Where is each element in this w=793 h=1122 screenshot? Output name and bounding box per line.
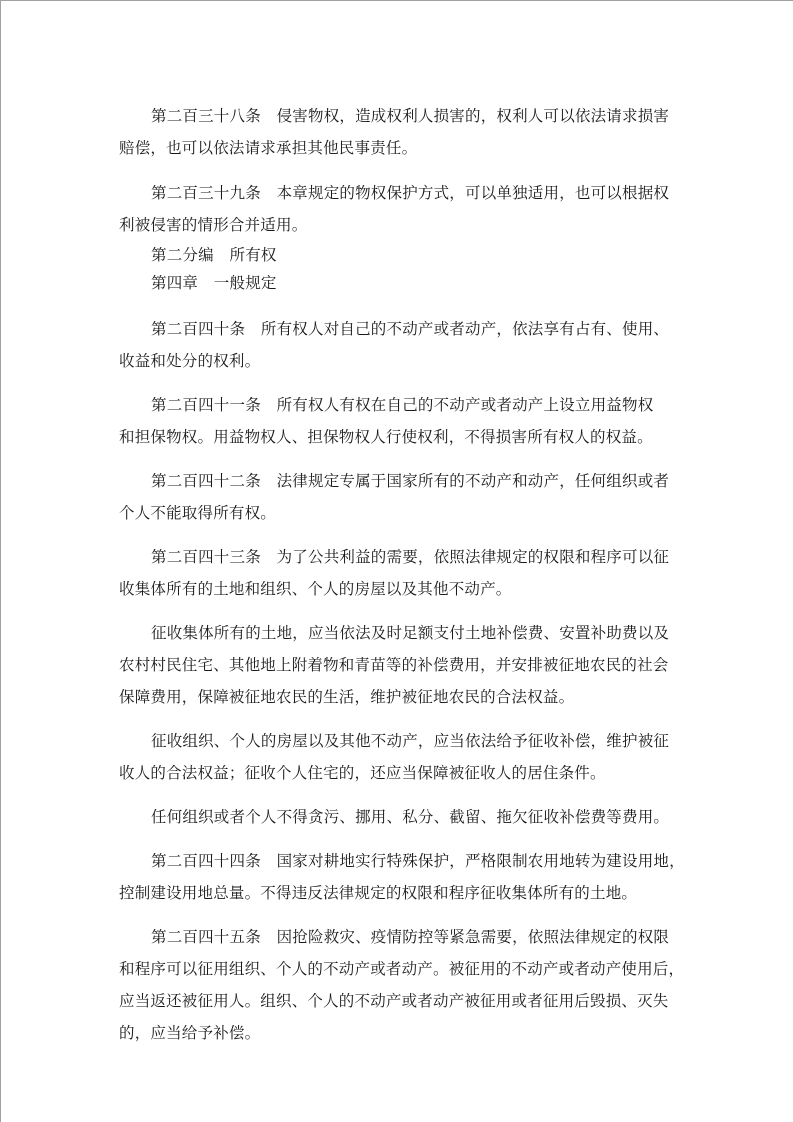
article-238-line-1: 第二百三十八条 侵害物权，造成权利人损害的，权利人可以依法请求损害 xyxy=(151,106,711,126)
article-245-line-2: 和程序可以征用组织、个人的不动产或者动产。被征用的不动产或者动产使用后， xyxy=(119,959,679,979)
article-240-line-2: 收益和处分的权利。 xyxy=(119,351,679,371)
part-heading: 第二分编 所有权 xyxy=(151,245,711,265)
article-243-line-2: 收集体所有的土地和组织、个人的房屋以及其他不动产。 xyxy=(119,579,679,599)
article-239-line-2: 利被侵害的情形合并适用。 xyxy=(119,215,679,235)
article-238-line-2: 赔偿，也可以依法请求承担其他民事责任。 xyxy=(119,138,679,158)
article-245-line-4: 的，应当给予补偿。 xyxy=(119,1023,679,1043)
paragraph-house-line-2: 收人的合法权益；征收个人住宅的，还应当保障被征收人的居住条件。 xyxy=(119,763,679,783)
document-page: 第二百三十八条 侵害物权，造成权利人损害的，权利人可以依法请求损害 赔偿，也可以… xyxy=(0,0,793,1122)
article-245-line-1: 第二百四十五条 因抢险救灾、疫情防控等紧急需要，依照法律规定的权限 xyxy=(151,927,711,947)
paragraph-land-line-1: 征收集体所有的土地，应当依法及时足额支付土地补偿费、安置补助费以及 xyxy=(151,623,711,643)
article-240-line-1: 第二百四十条 所有权人对自己的不动产或者动产，依法享有占有、使用、 xyxy=(151,319,711,339)
paragraph-fees-line-1: 任何组织或者个人不得贪污、挪用、私分、截留、拖欠征收补偿费等费用。 xyxy=(151,807,711,827)
article-239-line-1: 第二百三十九条 本章规定的物权保护方式，可以单独适用，也可以根据权 xyxy=(151,183,711,203)
paragraph-house-line-1: 征收组织、个人的房屋以及其他不动产，应当依法给予征收补偿，维护被征 xyxy=(151,731,711,751)
article-241-line-2: 和担保物权。用益物权人、担保物权人行使权利，不得损害所有权人的权益。 xyxy=(119,427,679,447)
article-244-line-1: 第二百四十四条 国家对耕地实行特殊保护，严格限制农用地转为建设用地， xyxy=(151,851,711,871)
article-244-line-2: 控制建设用地总量。不得违反法律规定的权限和程序征收集体所有的土地。 xyxy=(119,883,679,903)
article-241-line-1: 第二百四十一条 所有权人有权在自己的不动产或者动产上设立用益物权 xyxy=(151,395,711,415)
paragraph-land-line-2: 农村村民住宅、其他地上附着物和青苗等的补偿费用，并安排被征地农民的社会 xyxy=(119,655,679,675)
article-242-line-2: 个人不能取得所有权。 xyxy=(119,503,679,523)
paragraph-land-line-3: 保障费用，保障被征地农民的生活，维护被征地农民的合法权益。 xyxy=(119,687,679,707)
article-245-line-3: 应当返还被征用人。组织、个人的不动产或者动产被征用或者征用后毁损、灭失 xyxy=(119,991,679,1011)
article-243-line-1: 第二百四十三条 为了公共利益的需要，依照法律规定的权限和程序可以征 xyxy=(151,547,711,567)
article-242-line-1: 第二百四十二条 法律规定专属于国家所有的不动产和动产，任何组织或者 xyxy=(151,471,711,491)
chapter-heading: 第四章 一般规定 xyxy=(151,273,711,293)
